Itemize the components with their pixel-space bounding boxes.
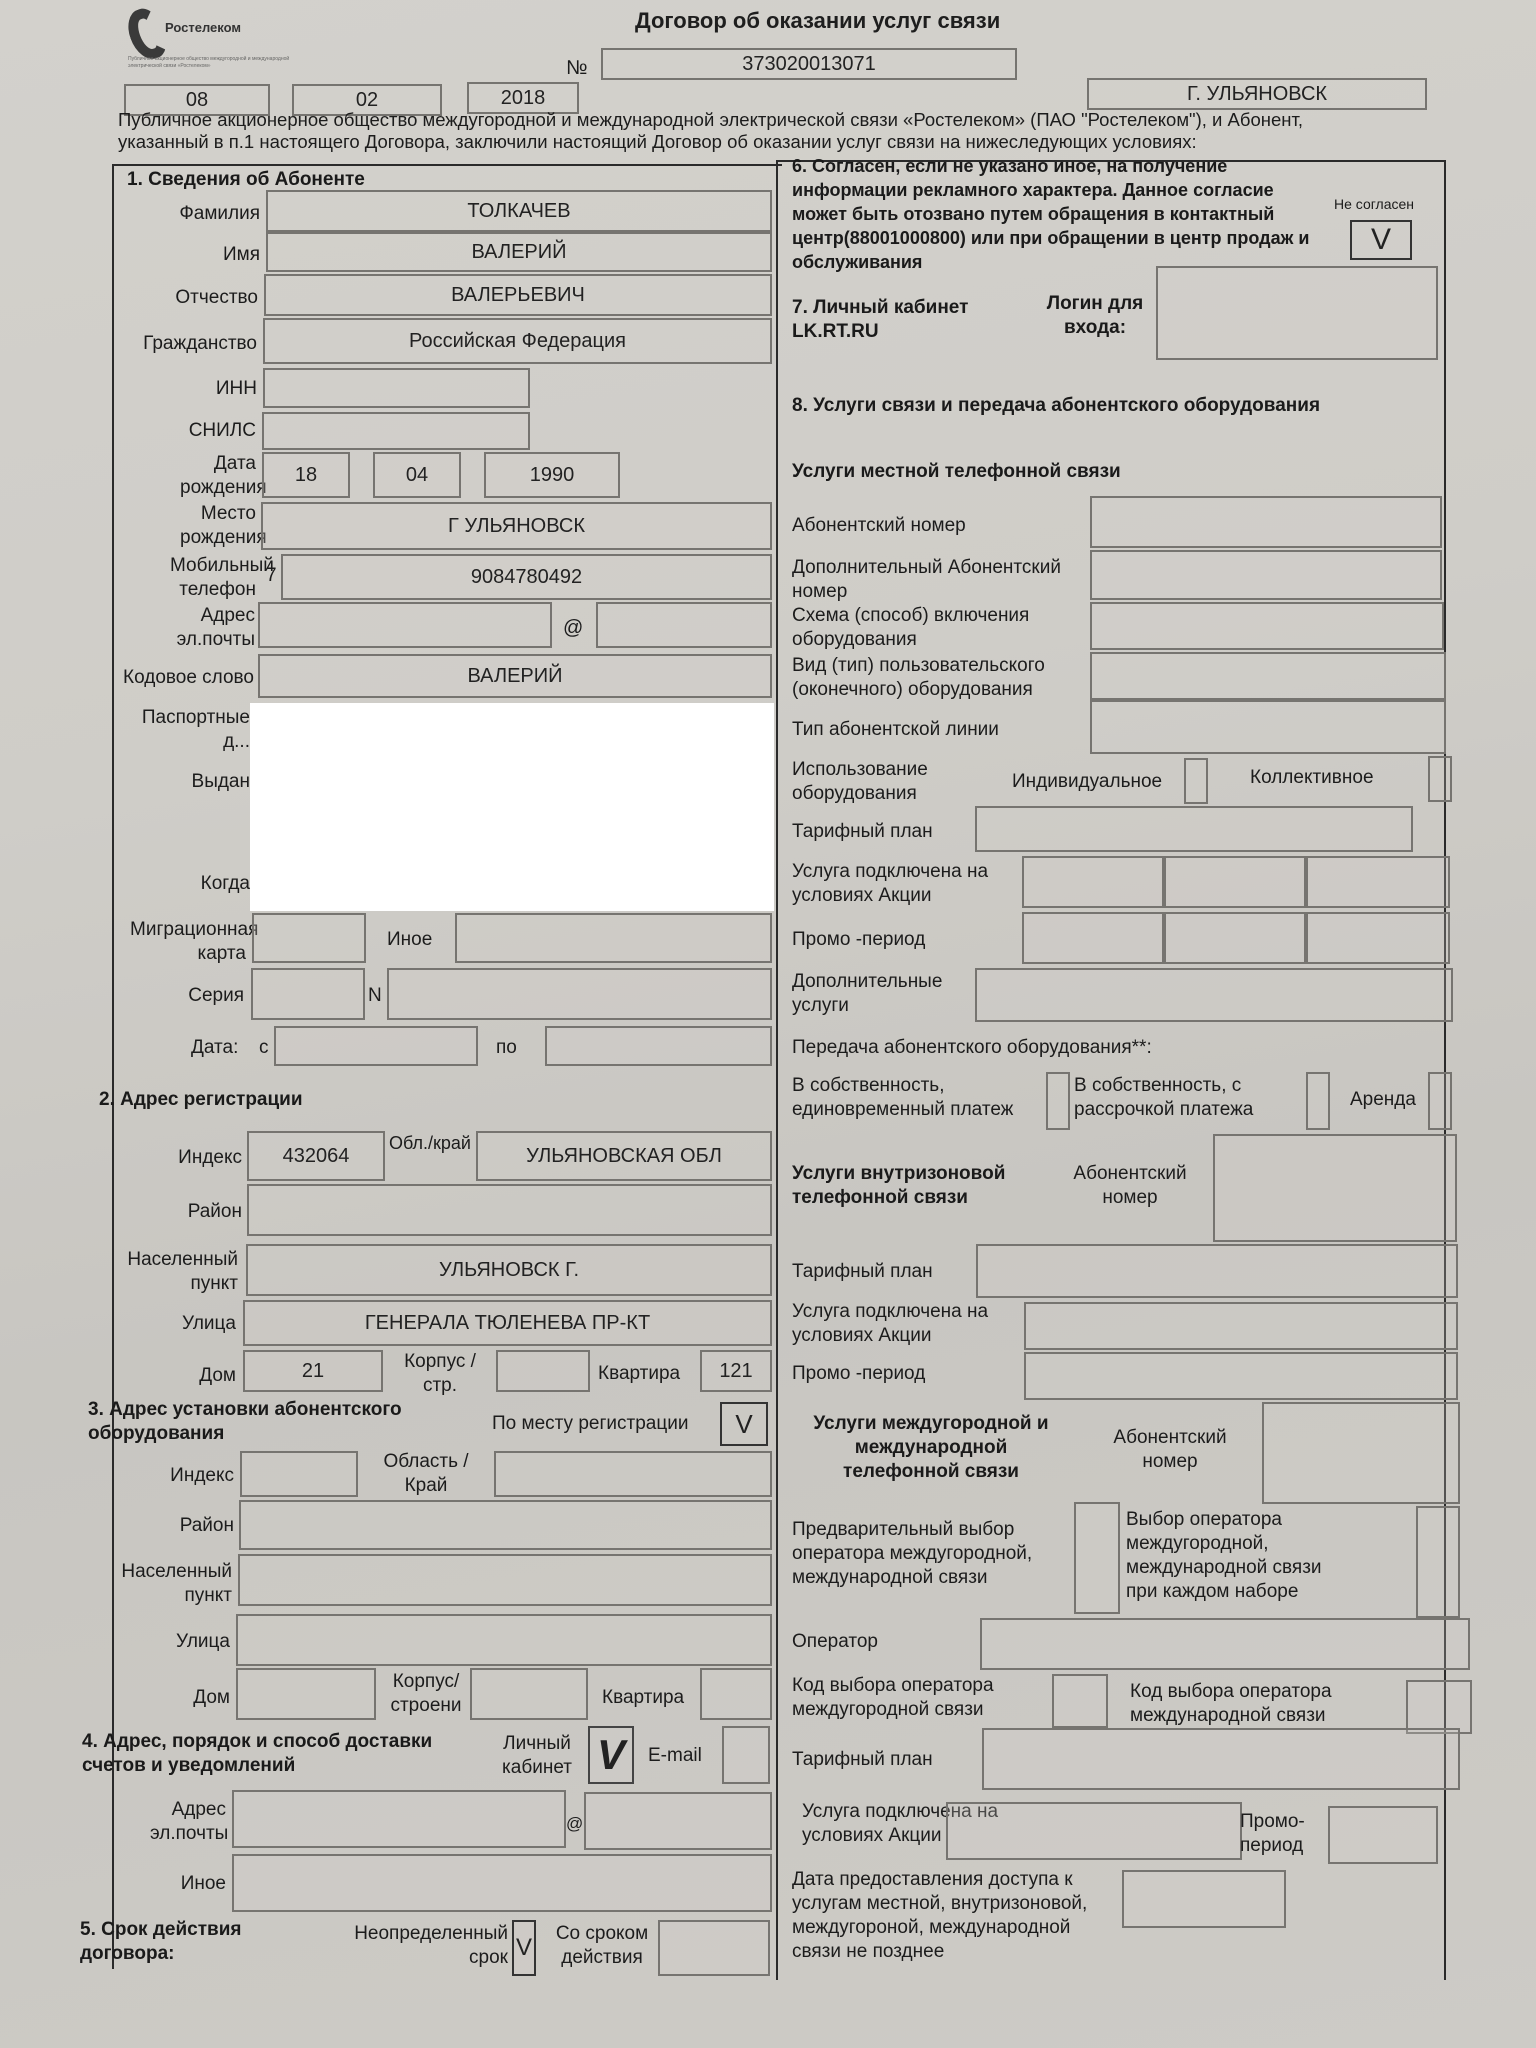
local-individual-label: Индивидуальное bbox=[1012, 770, 1162, 794]
section7-title: 7. Личный кабинет LK.RT.RU bbox=[792, 296, 982, 344]
section1-title: 1. Сведения об Абоненте bbox=[127, 168, 365, 192]
validity-to-field[interactable] bbox=[545, 1026, 772, 1066]
inst-index-label: Индекс bbox=[130, 1464, 234, 1488]
reg-house-label: Дом bbox=[150, 1364, 236, 1388]
birth-date-month[interactable]: 04 bbox=[373, 452, 461, 498]
intrazone-title: Услуги внутризоновой телефонной связи bbox=[792, 1162, 1042, 1210]
delivery-other-field[interactable] bbox=[232, 1854, 772, 1912]
intrazone-tariff-field[interactable] bbox=[976, 1244, 1458, 1298]
email-label: Адрес эл.почты bbox=[170, 604, 255, 652]
brand-subtitle: Публичное акционерное общество междугоро… bbox=[128, 56, 298, 70]
reg-district-field[interactable] bbox=[247, 1184, 772, 1236]
local-collective-label: Коллективное bbox=[1250, 766, 1374, 790]
fixed-term-field[interactable] bbox=[658, 1920, 770, 1976]
redacted-passport-area bbox=[250, 703, 774, 911]
access-date-label: Дата предоставления доступа к услугам ме… bbox=[792, 1868, 1092, 1964]
intrazone-promo-conditions-label: Услуга подключена на условиях Акции bbox=[792, 1300, 1022, 1348]
intro-line-2: указанный в п.1 настоящего Договора, зак… bbox=[118, 130, 1197, 154]
access-date-field[interactable] bbox=[1122, 1870, 1286, 1928]
local-number-label: Абонентский номер bbox=[792, 514, 966, 538]
inn-field[interactable] bbox=[263, 368, 530, 408]
name-label: Имя bbox=[120, 243, 260, 267]
local-promo-conditions-label: Услуга подключена на условиях Акции bbox=[792, 860, 1022, 908]
local-promo-period-field-1[interactable] bbox=[1022, 912, 1164, 964]
local-extra-number-label: Дополнительный Абонентский номер bbox=[792, 556, 1082, 604]
local-promo-period-field-3[interactable] bbox=[1306, 912, 1450, 964]
inst-building-label: Корпус/ строени bbox=[384, 1670, 468, 1718]
local-tariff-field[interactable] bbox=[975, 806, 1413, 852]
inst-district-label: Район bbox=[130, 1514, 234, 1538]
name-field[interactable]: ВАЛЕРИЙ bbox=[266, 232, 772, 272]
section3-title: 3. Адрес установки абонентского оборудов… bbox=[88, 1398, 448, 1446]
inst-house-field[interactable] bbox=[236, 1668, 376, 1720]
login-label: Логин для входа: bbox=[1040, 292, 1150, 340]
birth-place-field[interactable]: Г УЛЬЯНОВСК bbox=[261, 502, 772, 550]
delivery-at-sign: @ bbox=[566, 1812, 583, 1836]
inst-apartment-field[interactable] bbox=[700, 1668, 772, 1720]
snils-label: СНИЛС bbox=[120, 419, 256, 443]
email-domain-field[interactable] bbox=[596, 602, 772, 648]
birth-place-label: Место рождения bbox=[180, 502, 256, 550]
email-at-sign: @ bbox=[563, 616, 583, 640]
series-field[interactable] bbox=[251, 968, 365, 1020]
local-promo-period-field-2[interactable] bbox=[1164, 912, 1306, 964]
local-promo-conditions-field-2[interactable] bbox=[1164, 856, 1306, 908]
per-call-checkbox[interactable] bbox=[1416, 1506, 1460, 1618]
ownership-installment-checkbox[interactable] bbox=[1306, 1072, 1330, 1130]
indefinite-term-checkbox[interactable]: V bbox=[512, 1920, 536, 1976]
migration-card-label: Миграционная карта bbox=[130, 918, 246, 966]
reg-apartment-field[interactable]: 121 bbox=[700, 1350, 772, 1392]
birth-date-day[interactable]: 18 bbox=[262, 452, 350, 498]
intrazone-promo-period-field[interactable] bbox=[1024, 1352, 1458, 1400]
long-distance-number-field[interactable] bbox=[1262, 1402, 1460, 1504]
contract-city-field[interactable]: Г. УЛЬЯНОВСК bbox=[1087, 78, 1427, 110]
inst-house-label: Дом bbox=[130, 1686, 230, 1710]
surname-label: Фамилия bbox=[120, 202, 260, 226]
reg-locality-field[interactable]: УЛЬЯНОВСК Г. bbox=[246, 1244, 772, 1296]
section5-title: 5. Срок действия договора: bbox=[80, 1918, 280, 1966]
inst-index-field[interactable] bbox=[240, 1451, 358, 1497]
validity-from-field[interactable] bbox=[274, 1026, 478, 1066]
reg-street-field[interactable]: ГЕНЕРАЛА ТЮЛЕНЕВА ПР-КТ bbox=[243, 1300, 772, 1346]
section2-title: 2. Адрес регистрации bbox=[99, 1088, 303, 1112]
reg-index-label: Индекс bbox=[150, 1146, 242, 1170]
contract-number-label: № bbox=[566, 56, 587, 80]
inst-apartment-label: Квартира bbox=[602, 1686, 684, 1710]
inst-region-label: Область / Край bbox=[370, 1450, 482, 1498]
local-individual-checkbox[interactable] bbox=[1184, 758, 1208, 804]
same-as-registration-checkbox[interactable]: V bbox=[720, 1402, 768, 1446]
intrazone-promo-conditions-field[interactable] bbox=[1024, 1302, 1458, 1350]
reg-apartment-label: Квартира bbox=[598, 1362, 680, 1386]
intl-code-field[interactable] bbox=[1406, 1680, 1472, 1734]
operator-label: Оператор bbox=[792, 1630, 878, 1654]
inst-locality-field[interactable] bbox=[238, 1554, 772, 1606]
local-scheme-label: Схема (способ) включения оборудования bbox=[792, 604, 1082, 652]
disagree-label: Не согласен bbox=[1334, 192, 1414, 216]
reg-building-field[interactable] bbox=[496, 1350, 590, 1392]
inst-region-field[interactable] bbox=[494, 1451, 772, 1497]
reg-building-label: Корпус / стр. bbox=[392, 1350, 488, 1398]
contract-number-field[interactable]: 373020013071 bbox=[601, 48, 1017, 80]
section6-consent-text: 6. Согласен, если не указано иное, на по… bbox=[792, 154, 1332, 274]
snils-field[interactable] bbox=[262, 412, 530, 450]
citizenship-field[interactable]: Российская Федерация bbox=[263, 318, 772, 364]
reg-district-label: Район bbox=[150, 1200, 242, 1224]
intrazone-tariff-label: Тарифный план bbox=[792, 1260, 933, 1284]
intrazone-number-label: Абонентский номер bbox=[1054, 1162, 1206, 1210]
local-line-type-field[interactable] bbox=[1090, 700, 1446, 754]
mobile-label: Мобильный телефон bbox=[170, 554, 256, 602]
reg-house-field[interactable]: 21 bbox=[243, 1350, 383, 1392]
inst-building-field[interactable] bbox=[470, 1668, 588, 1720]
codeword-label: Кодовое слово bbox=[110, 666, 254, 690]
birth-date-year[interactable]: 1990 bbox=[484, 452, 620, 498]
mobile-prefix: 7 bbox=[266, 564, 277, 588]
section8-title: 8. Услуги связи и передача абонентского … bbox=[792, 394, 1320, 418]
patronymic-field[interactable]: ВАЛЕРЬЕВИЧ bbox=[264, 274, 772, 316]
validity-to-label: по bbox=[496, 1036, 517, 1060]
local-tariff-label: Тарифный план bbox=[792, 820, 933, 844]
rent-checkbox[interactable] bbox=[1428, 1072, 1452, 1130]
delivery-cabinet-checkbox[interactable]: V bbox=[588, 1726, 634, 1784]
migration-card-field[interactable] bbox=[252, 913, 366, 963]
series-number-label: N bbox=[368, 984, 382, 1008]
local-extra-services-label: Дополнительные услуги bbox=[792, 970, 962, 1018]
delivery-email-domain-field[interactable] bbox=[584, 1792, 772, 1850]
intro-line-1: Публичное акционерное общество междугоро… bbox=[118, 108, 1303, 132]
intl-code-label: Код выбора оператора международной связи bbox=[1130, 1680, 1360, 1728]
reg-region-label: Обл./край bbox=[388, 1132, 472, 1154]
ld-code-label: Код выбора оператора междугородной связи bbox=[792, 1674, 1032, 1722]
local-usage-label: Использование оборудования bbox=[792, 758, 962, 806]
ownership-once-label: В собственность, единовременный платеж bbox=[792, 1074, 1032, 1122]
rent-label: Аренда bbox=[1350, 1088, 1416, 1112]
delivery-cabinet-label: Личный кабинет bbox=[492, 1732, 582, 1780]
intrazone-number-field[interactable] bbox=[1213, 1134, 1457, 1242]
long-distance-number-label: Абонентский номер bbox=[1090, 1426, 1250, 1474]
indefinite-term-label: Неопределенный срок bbox=[330, 1922, 508, 1970]
ownership-once-checkbox[interactable] bbox=[1046, 1072, 1070, 1130]
local-extra-number-field[interactable] bbox=[1090, 550, 1442, 600]
reg-region-field[interactable]: УЛЬЯНОВСКАЯ ОБЛ bbox=[476, 1131, 772, 1181]
validity-date-label: Дата: bbox=[191, 1036, 238, 1060]
migration-other-field[interactable] bbox=[455, 913, 772, 963]
local-scheme-field[interactable] bbox=[1090, 602, 1444, 650]
patronymic-label: Отчество bbox=[120, 286, 258, 310]
same-as-registration-label: По месту регистрации bbox=[492, 1412, 688, 1436]
local-number-field[interactable] bbox=[1090, 496, 1442, 548]
document-title: Договор об оказании услуг связи bbox=[635, 8, 1000, 34]
passport-label: Паспортные д... удостоверя... bbox=[114, 706, 250, 754]
delivery-email-label: E-mail bbox=[648, 1744, 702, 1768]
login-field[interactable] bbox=[1156, 266, 1438, 360]
local-equipment-type-label: Вид (тип) пользовательского (оконечного)… bbox=[792, 654, 1082, 702]
local-extra-services-field[interactable] bbox=[975, 968, 1453, 1022]
preselect-checkbox[interactable] bbox=[1074, 1502, 1120, 1614]
delivery-address-label: Адрес эл.почты bbox=[150, 1798, 226, 1846]
local-services-title: Услуги местной телефонной связи bbox=[792, 460, 1121, 484]
ld-promo-period-field[interactable] bbox=[1328, 1806, 1438, 1864]
ld-code-field[interactable] bbox=[1052, 1674, 1108, 1728]
inst-street-label: Улица bbox=[130, 1630, 230, 1654]
operator-field[interactable] bbox=[980, 1618, 1470, 1670]
local-promo-period-label: Промо -период bbox=[792, 928, 925, 952]
section4-title: 4. Адрес, порядок и способ доставки счет… bbox=[82, 1730, 482, 1778]
delivery-other-label: Иное bbox=[150, 1872, 226, 1896]
brand-name: Ростелеком bbox=[165, 20, 241, 35]
validity-from-label: с bbox=[259, 1036, 269, 1060]
series-label: Серия bbox=[160, 984, 244, 1008]
reg-street-label: Улица bbox=[150, 1312, 236, 1336]
citizenship-label: Гражданство bbox=[120, 332, 257, 356]
local-line-type-label: Тип абонентской линии bbox=[792, 718, 999, 742]
surname-field[interactable]: ТОЛКАЧЕВ bbox=[266, 190, 772, 232]
local-promo-conditions-field-1[interactable] bbox=[1022, 856, 1164, 908]
equipment-transfer-title: Передача абонентского оборудования**: bbox=[792, 1036, 1152, 1060]
codeword-field[interactable]: ВАЛЕРИЙ bbox=[258, 654, 772, 698]
series-number-field[interactable] bbox=[387, 968, 772, 1020]
inst-district-field[interactable] bbox=[239, 1500, 772, 1550]
inst-street-field[interactable] bbox=[236, 1614, 772, 1666]
reg-locality-label: Населенный пункт bbox=[110, 1248, 238, 1296]
ld-promo-period-label: Промо- период bbox=[1240, 1810, 1310, 1858]
migration-other-label: Иное bbox=[387, 928, 432, 952]
local-collective-checkbox[interactable] bbox=[1428, 756, 1452, 802]
ld-promo-conditions-field[interactable] bbox=[946, 1802, 1242, 1860]
disagree-checkbox[interactable]: V bbox=[1350, 220, 1412, 260]
intrazone-promo-period-label: Промо -период bbox=[792, 1362, 925, 1386]
inn-label: ИНН bbox=[120, 377, 257, 401]
per-call-label: Выбор оператора междугородной, междунаро… bbox=[1126, 1508, 1346, 1604]
issued-when-label: Когда bbox=[180, 872, 250, 896]
ld-tariff-field[interactable] bbox=[982, 1728, 1460, 1790]
long-distance-title: Услуги междугородной и международной тел… bbox=[796, 1412, 1066, 1484]
ownership-installment-label: В собственность, с рассрочкой платежа bbox=[1074, 1074, 1274, 1122]
email-user-field[interactable] bbox=[258, 602, 552, 648]
local-equipment-type-field[interactable] bbox=[1090, 652, 1446, 700]
reg-index-field[interactable]: 432064 bbox=[247, 1131, 385, 1181]
local-promo-conditions-field-3[interactable] bbox=[1306, 856, 1450, 908]
issued-by-label: Выдан bbox=[180, 770, 250, 794]
inst-locality-label: Населенный пункт bbox=[100, 1560, 232, 1608]
delivery-email-checkbox[interactable] bbox=[722, 1726, 770, 1784]
preselect-label: Предварительный выбор оператора междугор… bbox=[792, 1518, 1072, 1590]
delivery-email-user-field[interactable] bbox=[232, 1790, 566, 1848]
mobile-field[interactable]: 9084780492 bbox=[281, 554, 772, 600]
fixed-term-label: Со сроком действия bbox=[550, 1922, 654, 1970]
birth-date-label: Дата рождения bbox=[180, 452, 256, 500]
ld-tariff-label: Тарифный план bbox=[792, 1748, 933, 1772]
